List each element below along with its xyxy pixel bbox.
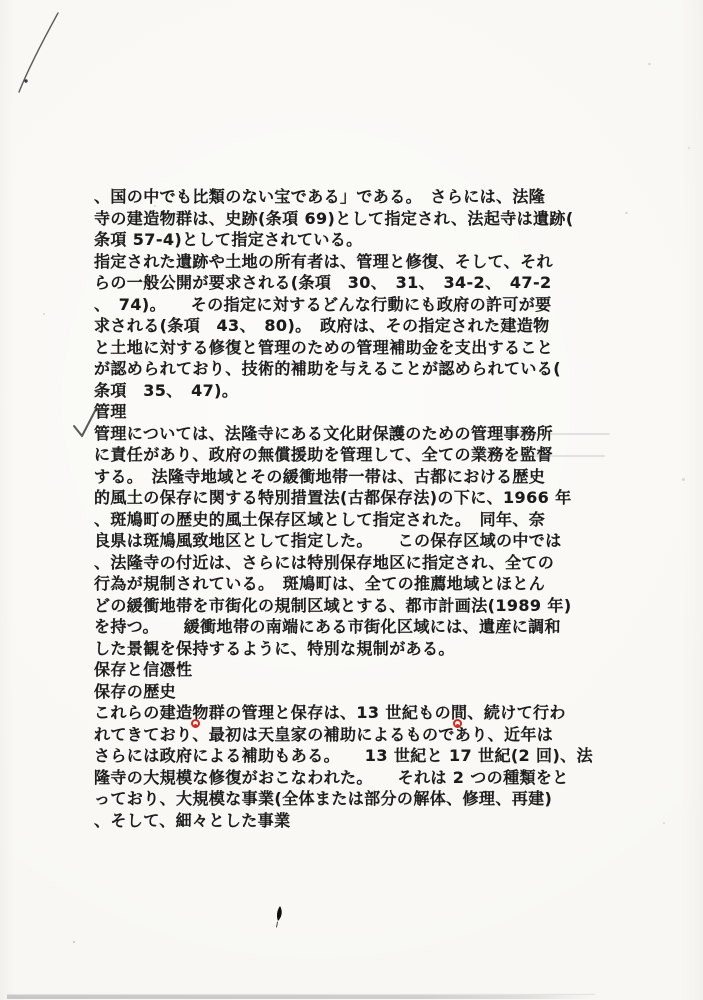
text-line: 隆寺の大規模な修復がおこなわれた。 それは 2 つの種類をと xyxy=(94,767,614,789)
text-line: っており、大規模な事業(全体または部分の解体、修理、再建) xyxy=(94,788,614,810)
text-line: 保存と信憑性 xyxy=(94,659,614,681)
red-circle-annotation-1 xyxy=(191,719,200,728)
text-line: 求される(条項 43、 80)。 政府は、その指定された建造物 xyxy=(94,315,614,337)
pen-dot-icon xyxy=(24,79,27,82)
text-line: 条項 35、 47)。 xyxy=(94,380,614,402)
scan-smear xyxy=(505,455,605,457)
ink-mark-tail-icon xyxy=(277,922,278,927)
text-line: と土地に対する修復と管理のための管理補助金を支出すること xyxy=(94,337,614,359)
paper-speck xyxy=(648,63,651,65)
text-line: 行為が規制されている。 斑鳩町は、全ての推薦地域とほとん xyxy=(94,573,614,595)
text-line: 、そして、細々とした事業 xyxy=(94,810,614,832)
text-line: 、斑鳩町の歴史的風土保存区域として指定された。 同年、奈 xyxy=(94,509,614,531)
paper-speck xyxy=(663,822,665,824)
text-line: 寺の建造物群は、史跡(条項 69)として指定され、法起寺は遺跡( xyxy=(94,208,614,230)
text-line: 条項 57-4)として指定されている。 xyxy=(94,229,614,251)
text-line: した景観を保持するように、特別な規制がある。 xyxy=(94,638,614,660)
text-line: が認められており、技術的補助を与えることが認められている( xyxy=(94,358,614,380)
text-line: 良県は斑鳩風致地区として指定した。 この保存区域の中では xyxy=(94,530,614,552)
text-line: これらの建造物群の管理と保存は、13 世紀もの間、続けて行わ xyxy=(94,702,614,724)
document-text: 、国の中でも比類のない宝である」である。 さらには、法隆寺の建造物群は、史跡(条… xyxy=(94,186,614,831)
paper-speck xyxy=(43,313,45,315)
text-line: 、国の中でも比類のない宝である」である。 さらには、法隆 xyxy=(94,186,614,208)
red-circle-annotation-2 xyxy=(453,719,462,728)
paper-speck xyxy=(682,478,685,481)
handwritten-checkmark-icon xyxy=(74,409,96,436)
text-line: れてきており、最初は天皇家の補助によるものであり、近年は xyxy=(94,724,614,746)
text-line: する。 法隆寺地域とその緩衝地帯一帯は、古都における歴史 xyxy=(94,466,614,488)
scan-edge-shadow xyxy=(7,995,595,999)
scan-smear xyxy=(498,433,610,435)
text-line: 管理 xyxy=(94,401,614,423)
paper-speck xyxy=(154,205,156,207)
pen-scratch-icon xyxy=(19,13,58,92)
text-line: 的風土の保存に関する特別措置法(古都保存法)の下に、1966 年 xyxy=(94,487,614,509)
paper-speck xyxy=(688,147,690,149)
text-line: どの緩衝地帯を市街化の規制区域とする、都市計画法(1989 年) xyxy=(94,595,614,617)
text-line: 指定された遺跡や土地の所有者は、管理と修復、そして、それ xyxy=(94,251,614,273)
ink-mark-icon xyxy=(277,906,282,921)
text-line: 、法隆寺の付近は、さらには特別保存地区に指定され、全ての xyxy=(94,552,614,574)
text-line: を持つ。 緩衝地帯の南端にある市街化区域には、遺産に調和 xyxy=(94,616,614,638)
paper-speck xyxy=(625,212,628,214)
text-line: らの一般公開が要求される(条項 30、 31、 34-2、 47-2 xyxy=(94,272,614,294)
text-line: 保存の歴史 xyxy=(94,681,614,703)
paper-speck xyxy=(73,941,75,943)
text-line: さらには政府による補助もある。 13 世紀と 17 世紀(2 回)、法 xyxy=(94,745,614,767)
scanned-document-page: 、国の中でも比類のない宝である」である。 さらには、法隆寺の建造物群は、史跡(条… xyxy=(0,0,703,1000)
text-line: 、 74)。 その指定に対するどんな行動にも政府の許可が要 xyxy=(94,294,614,316)
